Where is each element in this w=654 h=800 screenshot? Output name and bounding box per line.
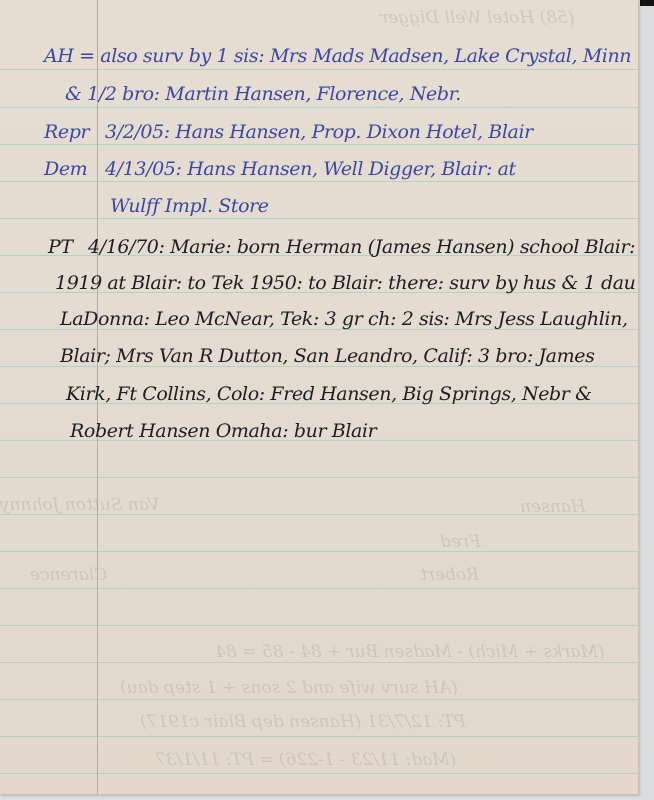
ruled-line	[0, 144, 638, 145]
blue-entry-line: AH = also surv by 1 sis: Mrs Mads Madsen…	[44, 45, 631, 67]
scan-corner	[640, 0, 654, 6]
blue-entry-line: & 1/2 bro: Martin Hansen, Florence, Nebr…	[65, 83, 461, 105]
entry-label-dem: Dem	[44, 158, 87, 180]
ruled-line	[0, 662, 638, 663]
ruled-line	[0, 588, 638, 589]
ruled-line	[0, 699, 638, 700]
bleed-through-text: Fred	[440, 532, 481, 552]
bleed-through-text: Clarence	[30, 565, 107, 585]
bleed-through-text: Robert	[420, 565, 479, 585]
blue-entry-line: Wulff Impl. Store	[110, 195, 269, 217]
black-entry-line: 1919 at Blair: to Tek 1950: to Blair: th…	[55, 272, 635, 294]
ruled-line	[0, 477, 638, 478]
ruled-line	[0, 551, 638, 552]
ruled-line	[0, 218, 638, 219]
entry-label-pt: PT	[48, 236, 73, 258]
bleed-through-text: PT: 12/7/31 (Hansen dep Blair c1917)	[140, 712, 466, 732]
entry-label-repr: Repr	[44, 121, 89, 143]
bleed-through-text: (Marks + Mich) - Madsen Bur + 84 - 85 = …	[215, 642, 605, 662]
black-entry-line: Kirk, Ft Collins, Colo: Fred Hansen, Big…	[66, 383, 592, 405]
bleed-through-text: (AH surv wife and 2 sons + 1 step dau)	[120, 678, 458, 698]
black-entry-line: Blair; Mrs Van R Dutton, San Leandro, Ca…	[60, 345, 594, 367]
bleed-through-text: Van Sutton Johnny	[0, 495, 160, 515]
ruled-line	[0, 181, 638, 182]
blue-entry-line: 3/2/05: Hans Hansen, Prop. Dixon Hotel, …	[105, 121, 533, 143]
ruled-line	[0, 107, 638, 108]
blue-entry-line: 4/13/05: Hans Hansen, Well Digger, Blair…	[105, 158, 516, 180]
bleed-through-text: Hansen	[520, 497, 586, 517]
bleed-through-text: (Mad: 11/23 - 1-226) = PT: 11/1/37	[155, 750, 456, 770]
ruled-line	[0, 773, 638, 774]
ruled-line	[0, 69, 638, 70]
bleed-through-text: (58) Hotel Well Digger	[380, 8, 575, 28]
ruled-line	[0, 625, 638, 626]
ruled-line	[0, 736, 638, 737]
notebook-page: (58) Hotel Well Digger Van Sutton Johnny…	[0, 0, 639, 795]
black-entry-line: 4/16/70: Marie: born Herman (James Hanse…	[88, 236, 639, 258]
black-entry-line: LaDonna: Leo McNear, Tek: 3 gr ch: 2 sis…	[60, 308, 628, 330]
black-entry-line: Robert Hansen Omaha: bur Blair	[70, 420, 376, 442]
